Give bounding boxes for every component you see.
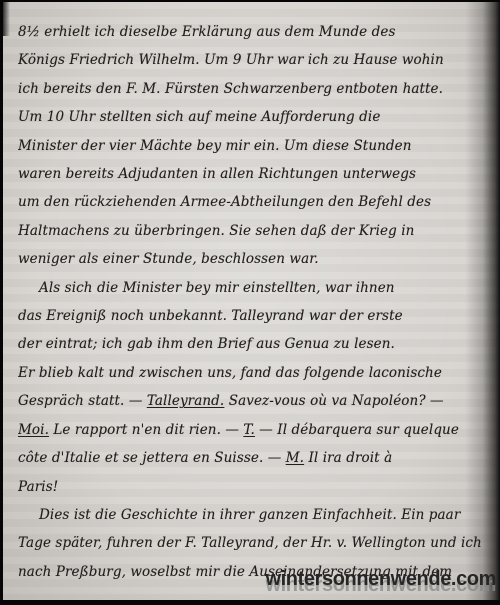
- dialogue-text: Gespräch statt. —: [18, 393, 147, 409]
- manuscript-line: das Ereigniß noch unbekannt. Talleyrand …: [18, 302, 492, 330]
- manuscript-line-paragraph-start: Als sich die Minister bey mir einstellte…: [18, 274, 492, 302]
- paper-background: 8½ erhielt ich dieselbe Erklärung aus de…: [3, 2, 500, 600]
- manuscript-line: Minister der vier Mächte bey mir ein. Um…: [18, 132, 492, 160]
- manuscript-line: weniger als einer Stunde, beschlossen wa…: [18, 245, 492, 273]
- manuscript-line-dialogue: côte d'Italie et se jettera en Suisse. —…: [18, 444, 492, 472]
- manuscript-line-paragraph-start: Dies ist die Geschichte in ihrer ganzen …: [18, 501, 492, 529]
- manuscript-line: Er blieb kalt und zwischen uns, fand das…: [18, 359, 492, 387]
- manuscript-line: 8½ erhielt ich dieselbe Erklärung aus de…: [18, 18, 492, 46]
- manuscript-line-dialogue: Gespräch statt. — Talleyrand. Savez-vous…: [18, 387, 492, 415]
- manuscript-line: waren bereits Adjudanten in allen Richtu…: [18, 160, 492, 188]
- manuscript-line: Um 10 Uhr stellten sich auf meine Auffor…: [18, 103, 492, 131]
- dialogue-text: Savez-vous où va Napoléon? —: [224, 393, 443, 409]
- manuscript-line: ich bereits den F. M. Fürsten Schwarzenb…: [18, 75, 492, 103]
- speaker-name-underlined: Talleyrand.: [147, 393, 225, 409]
- manuscript-scan-page: 8½ erhielt ich dieselbe Erklärung aus de…: [0, 0, 500, 605]
- dialogue-text: côte d'Italie et se jettera en Suisse. —: [18, 450, 286, 466]
- scan-blemish: [3, 2, 10, 36]
- manuscript-line-dialogue: Moi. Le rapport n'en dit rien. — T. — Il…: [18, 416, 492, 444]
- manuscript-line: Paris!: [18, 473, 492, 501]
- manuscript-line: der eintrat; ich gab ihm den Brief aus G…: [18, 330, 492, 358]
- manuscript-line: Tage später, fuhren der F. Talleyrand, d…: [18, 529, 492, 557]
- speaker-name-underlined: M.: [286, 450, 304, 466]
- site-watermark: wintersonnenwende.com: [265, 568, 496, 591]
- dialogue-text: Le rapport n'en dit rien. —: [49, 422, 243, 438]
- manuscript-line: um den rückziehenden Armee-Abtheilungen …: [18, 188, 492, 216]
- dialogue-text: — Il débarquera sur quelque: [255, 422, 459, 438]
- manuscript-line: Königs Friedrich Wilhelm. Um 9 Uhr war i…: [18, 46, 492, 74]
- manuscript-line: Haltmachens zu überbringen. Sie sehen da…: [18, 217, 492, 245]
- speaker-name-underlined: T.: [243, 422, 255, 438]
- handwritten-text-block: 8½ erhielt ich dieselbe Erklärung aus de…: [18, 18, 492, 600]
- dialogue-text: Il ira droit à: [304, 450, 392, 466]
- speaker-name-underlined: Moi.: [18, 422, 49, 438]
